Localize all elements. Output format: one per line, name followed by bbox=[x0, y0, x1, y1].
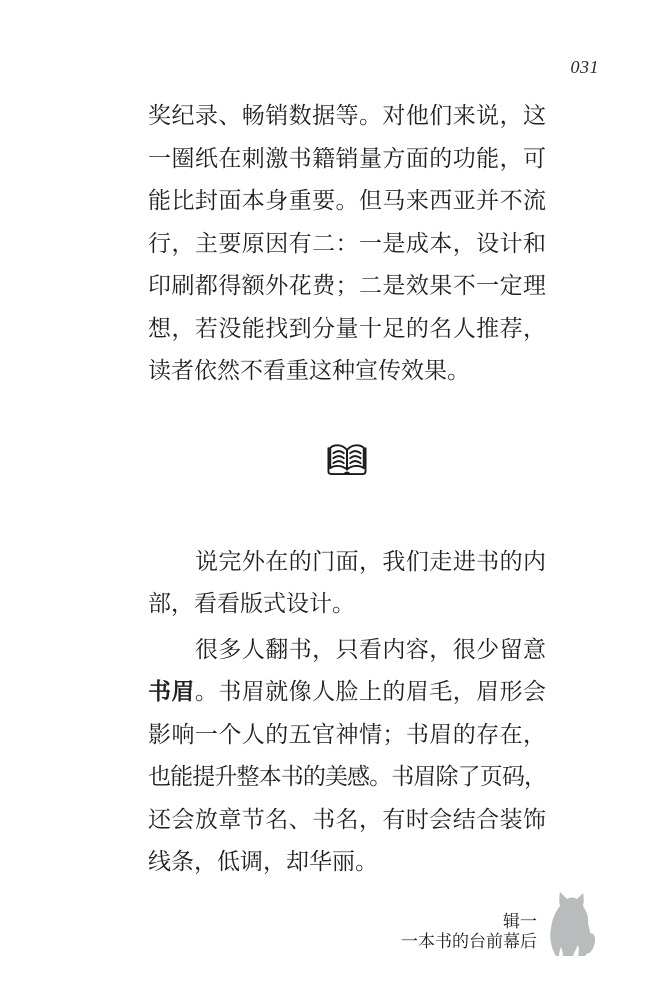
cat-silhouette-icon bbox=[547, 885, 595, 957]
text-line: 奖纪录、畅销数据等。对他们来说，这 bbox=[148, 95, 546, 138]
paragraph-1: 奖纪录、畅销数据等。对他们来说，这 一圈纸在刺激书籍销量方面的功能，可 能比封面… bbox=[148, 95, 546, 393]
text-line: 想，若没能找到分量十足的名人推荐， bbox=[148, 308, 546, 351]
page-number: 031 bbox=[571, 57, 600, 78]
chapter-footer: 辑一 一本书的台前幕后 bbox=[401, 885, 595, 957]
text-line: 还会放章节名、书名，有时会结合装饰 bbox=[148, 799, 546, 842]
text-line: 读者依然不看重这种宣传效果。 bbox=[148, 350, 546, 393]
paragraph-2: 说完外在的门面，我们走进书的内 部，看看版式设计。 bbox=[148, 541, 546, 626]
book-page: 031 奖纪录、畅销数据等。对他们来说，这 一圈纸在刺激书籍销量方面的功能，可 … bbox=[0, 0, 650, 1004]
text-line: 很多人翻书，只看内容，很少留意 bbox=[148, 629, 546, 672]
text-line: 部，看看版式设计。 bbox=[148, 583, 546, 626]
text-line: 印刷都得额外花费；二是效果不一定理 bbox=[148, 265, 546, 308]
section-label: 辑一 bbox=[401, 912, 537, 932]
bold-keyword: 书眉 bbox=[148, 679, 195, 704]
paragraph-3: 很多人翻书，只看内容，很少留意 书眉。书眉就像人脸上的眉毛，眉形会 影响一个人的… bbox=[148, 629, 546, 884]
text-line: 能比封面本身重要。但马来西亚并不流 bbox=[148, 180, 546, 223]
text-segment: 。书眉就像人脸上的眉毛，眉形会 bbox=[195, 679, 546, 704]
page-content: 奖纪录、畅销数据等。对他们来说，这 一圈纸在刺激书籍销量方面的功能，可 能比封面… bbox=[148, 95, 546, 884]
section-divider bbox=[148, 441, 546, 479]
open-book-icon bbox=[323, 441, 371, 479]
text-line: 书眉。书眉就像人脸上的眉毛，眉形会 bbox=[148, 671, 546, 714]
text-line: 线条，低调，却华丽。 bbox=[148, 841, 546, 884]
text-line: 说完外在的门面，我们走进书的内 bbox=[148, 541, 546, 584]
text-line: 一圈纸在刺激书籍销量方面的功能，可 bbox=[148, 138, 546, 181]
text-line: 行，主要原因有二：一是成本，设计和 bbox=[148, 223, 546, 266]
chapter-info: 辑一 一本书的台前幕后 bbox=[401, 912, 537, 957]
section-title: 一本书的台前幕后 bbox=[401, 932, 537, 952]
text-line: 影响一个人的五官神情；书眉的存在， bbox=[148, 714, 546, 757]
text-line: 也能提升整本书的美感。书眉除了页码， bbox=[148, 756, 546, 799]
